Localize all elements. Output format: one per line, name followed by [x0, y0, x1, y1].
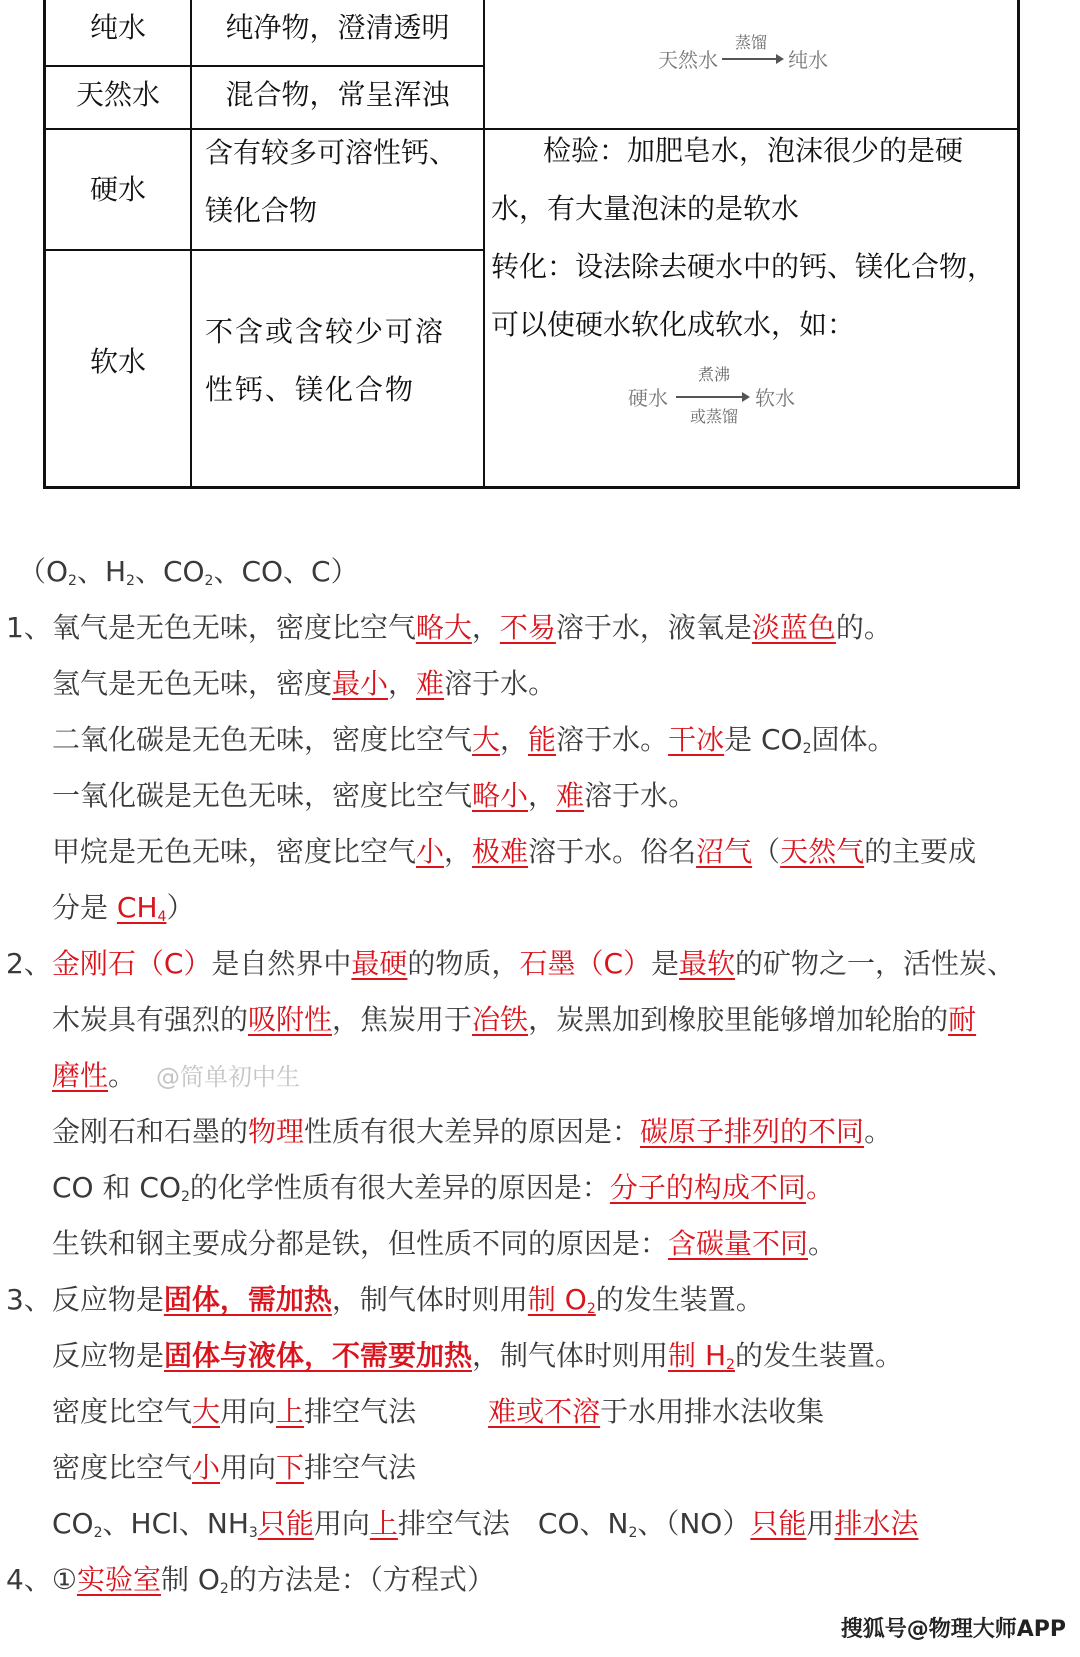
- diagram1-from: 天然水: [658, 44, 718, 73]
- highlight: 下: [276, 1451, 304, 1484]
- item1-line5: 甲烷是无色无味，密度比空气小，极难溶于水。俗名沼气（天然气的主要成: [52, 832, 976, 872]
- highlight: 吸附性: [248, 1003, 332, 1036]
- item2-line6: 生铁和钢主要成分都是铁，但性质不同的原因是：含碳量不同。: [52, 1224, 836, 1264]
- item2-line5: CO 和 CO2的化学性质有很大差异的原因是：分子的构成不同。: [52, 1168, 834, 1217]
- highlight: 小: [416, 835, 444, 868]
- highlight: 大: [192, 1395, 220, 1428]
- highlight: 制 H2: [668, 1339, 735, 1372]
- item2-line2: 木炭具有强烈的吸附性，焦炭用于冶铁，炭黑加到橡胶里能够增加轮胎的耐: [52, 1000, 976, 1040]
- highlight: 只能: [750, 1507, 806, 1540]
- cell-hard-water-name: 硬水: [46, 130, 190, 249]
- highlight: 略大: [416, 611, 472, 644]
- highlight: 略小: [472, 779, 528, 812]
- cell-pure-water-name: 纯水: [46, 0, 190, 65]
- diagram2-above-label: 煮沸: [698, 362, 730, 385]
- soft-water-property-line2: 性钙、镁化合物: [205, 361, 485, 419]
- item3-line2: 反应物是固体与液体，不需要加热，制气体时则用制 H2的发生装置。: [52, 1336, 903, 1385]
- arrow-right-icon: [676, 396, 748, 398]
- highlight: 金刚石（C）: [52, 947, 212, 980]
- highlight: 难或不溶: [488, 1395, 600, 1428]
- diagram2-below-label: 或蒸馏: [690, 404, 738, 427]
- highlight: 只能: [258, 1507, 314, 1540]
- highlight: 制 O2: [528, 1283, 596, 1316]
- highlight: CH4: [117, 891, 167, 924]
- highlight: 能: [528, 723, 556, 756]
- softening-diagram: 煮沸 硬水 软水 或蒸馏: [628, 362, 828, 432]
- table-border-bottom: [43, 486, 1020, 489]
- cell-soft-water-name: 软水: [46, 251, 190, 486]
- cell-soft-water-property: 不含或含较少可溶 性钙、镁化合物: [205, 303, 485, 419]
- highlight: 固体与液体，不需要加热: [164, 1339, 472, 1372]
- gases-heading: （O2、H2、CO2、CO、C）: [18, 552, 359, 601]
- cell-pure-water-property: 纯净物，澄清透明: [192, 0, 483, 65]
- item1-line6: 分是 CH4）: [52, 888, 194, 937]
- highlight: 物理: [248, 1115, 304, 1148]
- sohu-watermark: 搜狐号@物理大师APP: [841, 1612, 1066, 1643]
- highlight: 小: [192, 1451, 220, 1484]
- hard-water-property-line1: 含有较多可溶性钙、: [205, 124, 485, 182]
- diagram2-from: 硬水: [628, 382, 668, 411]
- note-line3: 转化：设法除去硬水中的钙、镁化合物，: [491, 238, 1011, 296]
- item2-line4: 金刚石和石墨的物理性质有很大差异的原因是：碳原子排列的不同。: [52, 1112, 892, 1152]
- highlight: 固体，需加热: [164, 1283, 332, 1316]
- diagram1-to: 纯水: [788, 44, 828, 73]
- item2-line3: 磨性。@简单初中生: [52, 1056, 300, 1097]
- item1-line1: 1、氧气是无色无味，密度比空气略大，不易溶于水，液氧是淡蓝色的。: [6, 608, 892, 648]
- watermark-text: @简单初中生: [156, 1063, 300, 1091]
- highlight: 大: [472, 723, 500, 756]
- note-line4: 可以使硬水软化成软水，如：: [491, 296, 1011, 354]
- highlight: 磨性: [52, 1059, 108, 1092]
- highlight: 难: [556, 779, 584, 812]
- item1-line3: 二氧化碳是无色无味，密度比空气大，能溶于水。干冰是 CO2固体。: [52, 720, 896, 769]
- cell-hard-water-property: 含有较多可溶性钙、 镁化合物: [205, 124, 485, 240]
- item2-line1: 2、金刚石（C）是自然界中最硬的物质，石墨（C）是最软的矿物之一，活性炭、: [6, 944, 1015, 984]
- item3-line3: 密度比空气大用向上排空气法难或不溶于水用排水法收集: [52, 1392, 824, 1432]
- highlight: 碳原子排列的不同: [640, 1115, 864, 1148]
- highlight: 耐: [948, 1003, 976, 1036]
- highlight: 排水法: [834, 1507, 918, 1540]
- highlight: 不易: [500, 611, 556, 644]
- highlight: 含碳量不同: [668, 1227, 808, 1260]
- note-line2: 水，有大量泡沫的是软水: [491, 180, 1011, 238]
- hard-water-property-line2: 镁化合物: [205, 182, 485, 240]
- highlight: 冶铁: [472, 1003, 528, 1036]
- item1-line2: 氢气是无色无味，密度最小，难溶于水。: [52, 664, 556, 704]
- distillation-diagram: 蒸馏 天然水 纯水: [658, 30, 858, 80]
- item1-line4: 一氧化碳是无色无味，密度比空气略小，难溶于水。: [52, 776, 696, 816]
- highlight: 上: [276, 1395, 304, 1428]
- highlight: 难: [416, 667, 444, 700]
- diagram2-to: 软水: [755, 382, 795, 411]
- table-border-right: [1017, 0, 1020, 489]
- highlight: 淡蓝色: [752, 611, 836, 644]
- highlight: 最硬: [351, 947, 407, 980]
- highlight: 最小: [332, 667, 388, 700]
- hard-soft-note: 检验：加肥皂水，泡沫很少的是硬 水，有大量泡沫的是软水 转化：设法除去硬水中的钙…: [491, 122, 1011, 354]
- highlight: 极难: [472, 835, 528, 868]
- highlight: 天然气: [780, 835, 864, 868]
- water-comparison-table: 纯水 纯净物，澄清透明 天然水 混合物，常呈浑浊 硬水 含有较多可溶性钙、 镁化…: [43, 0, 1020, 489]
- highlight: 最软: [679, 947, 735, 980]
- item3-line4: 密度比空气小用向下排空气法: [52, 1448, 416, 1488]
- diagram1-above-label: 蒸馏: [735, 30, 767, 53]
- note-line1: 检验：加肥皂水，泡沫很少的是硬: [491, 122, 1011, 180]
- highlight: 石墨（C）: [519, 947, 651, 980]
- arrow-right-icon: [722, 58, 782, 60]
- highlight: 干冰: [668, 723, 724, 756]
- cell-natural-water-property: 混合物，常呈浑浊: [192, 67, 483, 128]
- item4-line1: 4、①实验室制 O2的方法是：（方程式）: [6, 1560, 495, 1609]
- item3-line1: 3、反应物是固体，需加热，制气体时则用制 O2的发生装置。: [6, 1280, 764, 1329]
- highlight: 沼气: [696, 835, 752, 868]
- cell-natural-water-name: 天然水: [46, 67, 190, 128]
- item3-line5: CO2、HCl、NH3只能用向上排空气法CO、N2、（NO）只能用排水法: [52, 1504, 918, 1553]
- highlight: 实验室: [77, 1563, 161, 1596]
- soft-water-property-line1: 不含或含较少可溶: [205, 303, 485, 361]
- highlight: 分子的构成不同: [610, 1171, 806, 1204]
- highlight: 上: [370, 1507, 398, 1540]
